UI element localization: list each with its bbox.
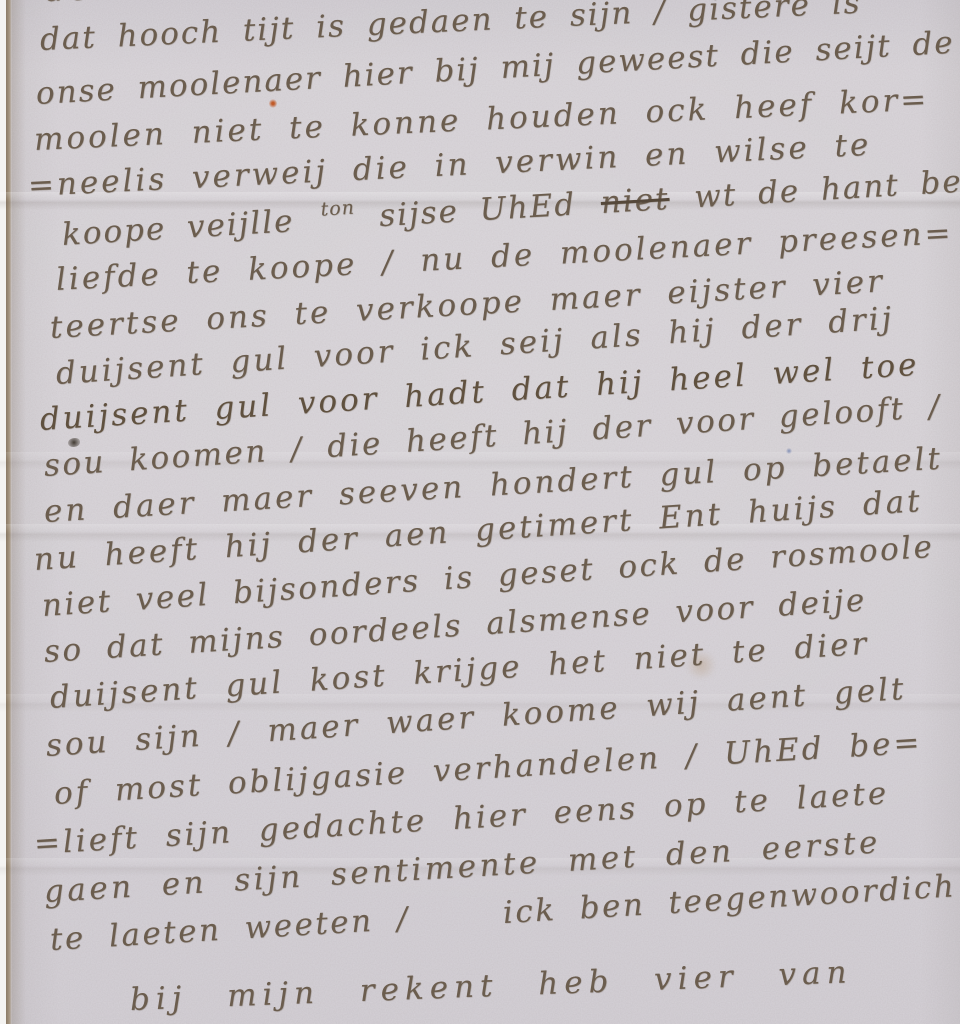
line-segment: wt de hant be= xyxy=(693,162,960,216)
line-segment: sijse UhEd xyxy=(378,186,577,234)
stain-spot xyxy=(269,99,277,108)
struck-through-word: niet xyxy=(600,181,671,221)
inserted-word-superscript: ton xyxy=(320,197,356,221)
letter-page: den schuldes is den rijs dat hooch tijt … xyxy=(0,0,960,1024)
paper-edge-shadow xyxy=(12,0,26,1024)
line-segment: koope veijlle xyxy=(61,203,295,253)
handwriting-line-bottom-truncated: bij mijn rekent heb vier van xyxy=(129,954,853,1018)
